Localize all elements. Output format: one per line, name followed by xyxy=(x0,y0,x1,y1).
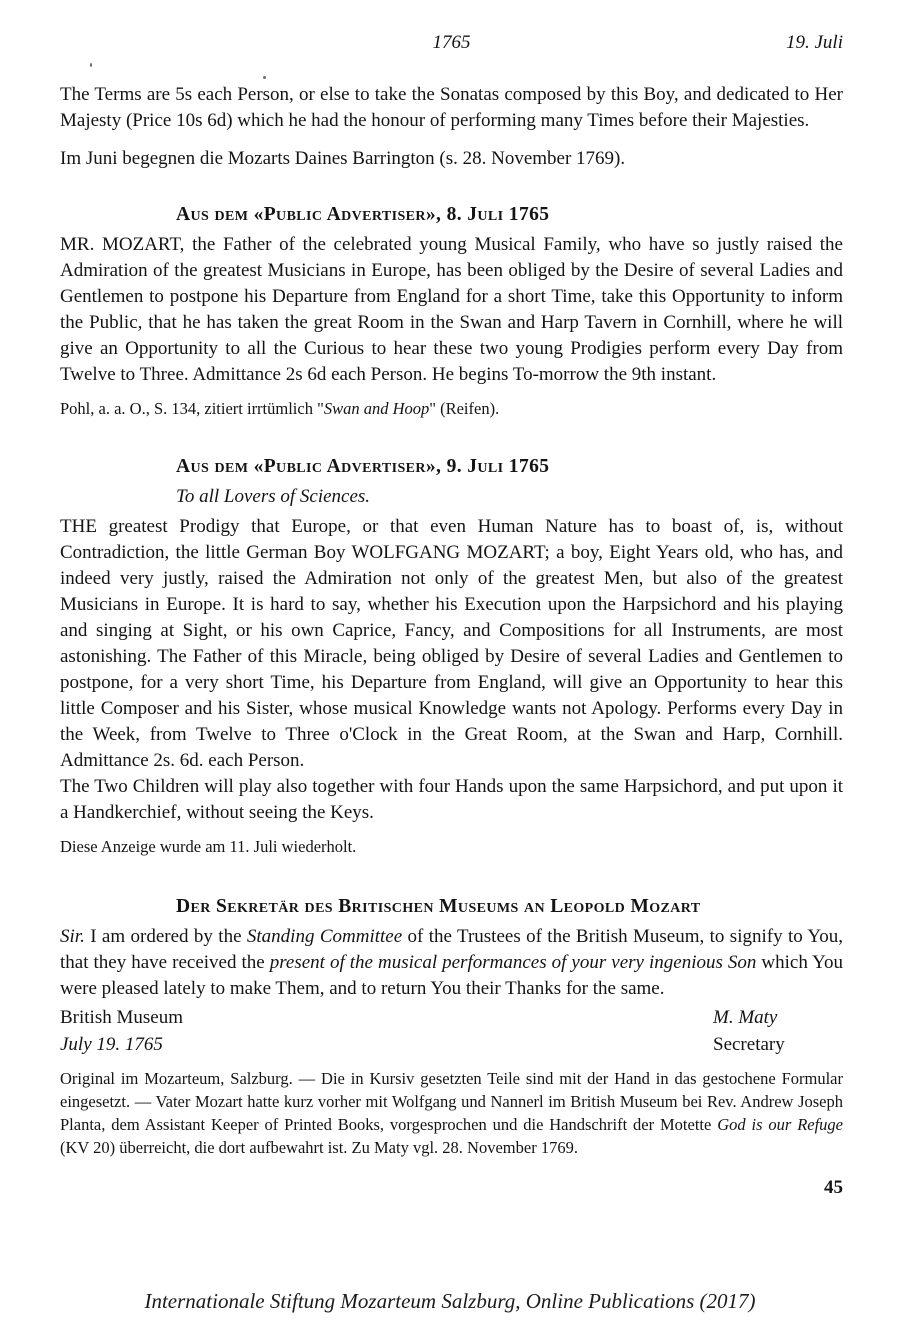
advertiser-9-subheading: To all Lovers of Sciences. xyxy=(176,484,843,510)
letter-salutation: Sir. xyxy=(60,926,85,947)
juni-note: Im Juni begegnen die Mozarts Daines Barr… xyxy=(60,146,843,172)
letter-italic-1: Standing Committee xyxy=(247,926,402,947)
signature-date: July 19. 1765 xyxy=(60,1031,183,1058)
advertiser-8-heading: Aus dem «Public Advertiser», 8. Juli 176… xyxy=(176,202,843,228)
advertiser-9-heading: Aus dem «Public Advertiser», 9. Juli 176… xyxy=(176,454,843,480)
text-block: 1765 19. Juli The Terms are 5s each Pers… xyxy=(60,0,843,1199)
letter-text-1: I am ordered by the xyxy=(85,926,247,947)
pohl-note-text: Pohl, a. a. O., S. 134, zitiert irrtümli… xyxy=(60,399,324,418)
signature-place: British Museum xyxy=(60,1004,183,1031)
footer-credit: Internationale Stiftung Mozarteum Salzbu… xyxy=(0,1289,900,1314)
book-page: 1765 19. Juli The Terms are 5s each Pers… xyxy=(0,0,900,1326)
signature-name: M. Maty xyxy=(713,1004,843,1031)
advertiser-9-body-2: The Two Children will play also together… xyxy=(60,774,843,826)
signature-role: Secretary xyxy=(713,1031,843,1058)
signature-left: British Museum July 19. 1765 xyxy=(60,1004,183,1058)
pohl-note-end: " (Reifen). xyxy=(429,399,499,418)
letter-body: Sir. I am ordered by the Standing Commit… xyxy=(60,924,843,1002)
running-head: 1765 19. Juli xyxy=(60,0,843,58)
terms-paragraph: The Terms are 5s each Person, or else to… xyxy=(60,82,843,134)
letter-italic-2: present of the musical performances of y… xyxy=(270,952,757,973)
provenance-note: Original im Mozarteum, Salzburg. — Die i… xyxy=(60,1067,843,1159)
signature-right: M. Maty Secretary xyxy=(713,1004,843,1058)
page-number: 45 xyxy=(60,1177,843,1199)
repeat-note: Diese Anzeige wurde am 11. Juli wiederho… xyxy=(60,835,843,858)
signature-block: British Museum July 19. 1765 M. Maty Sec… xyxy=(60,1004,843,1058)
pohl-note-italic: Swan and Hoop xyxy=(324,399,429,418)
provenance-text-2: (KV 20) überreicht, die dort aufbewahrt … xyxy=(60,1138,578,1157)
advertiser-9-body-1: THE greatest Prodigy that Europe, or tha… xyxy=(60,514,843,774)
running-head-date: 19. Juli xyxy=(786,32,843,54)
advertiser-8-body: MR. MOZART, the Father of the celebrated… xyxy=(60,232,843,388)
pohl-note: Pohl, a. a. O., S. 134, zitiert irrtümli… xyxy=(60,397,843,420)
letter-heading: Der Sekretär des Britischen Museums an L… xyxy=(176,894,843,920)
provenance-italic: God is our Refuge xyxy=(717,1115,843,1134)
running-head-year: 1765 xyxy=(60,32,843,54)
